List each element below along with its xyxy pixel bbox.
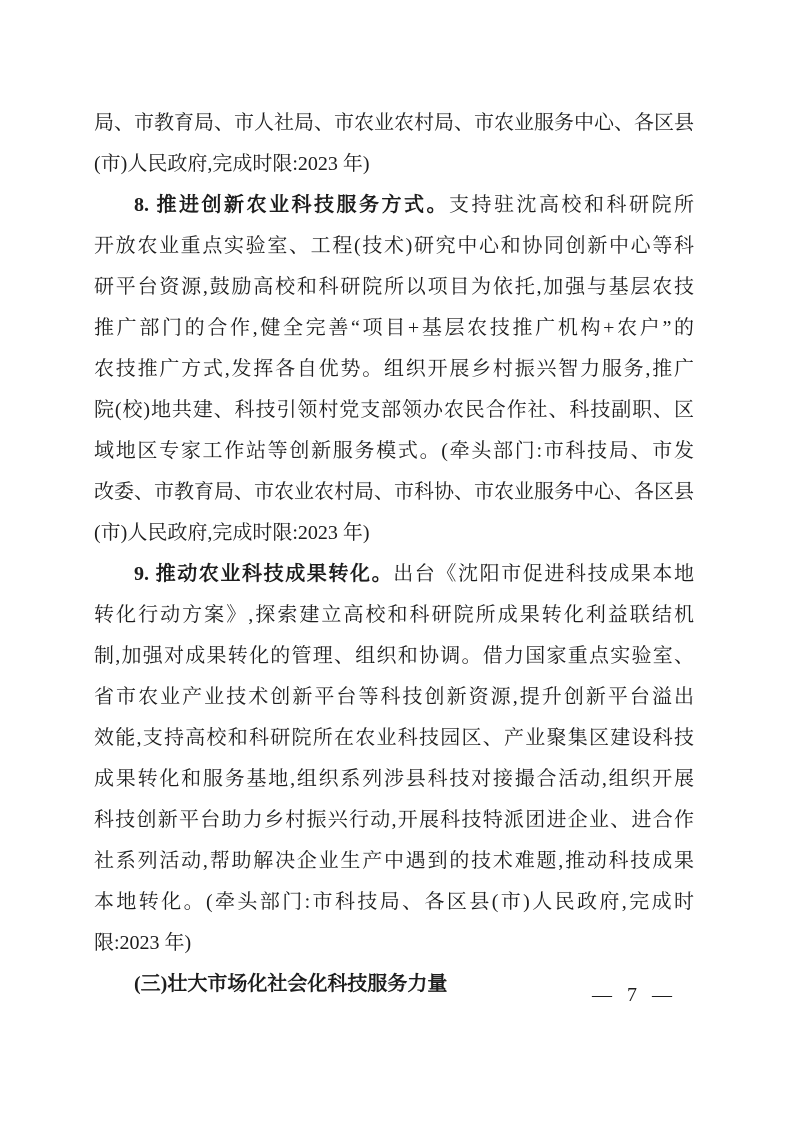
text-line: 院(校)地共建、科技引领村党支部领办农民合作社、科技副职、区: [94, 390, 694, 431]
text-line: 科技创新平台助力乡村振兴行动,开展科技特派团进企业、进合作: [94, 800, 694, 841]
text-line: 推广部门的合作,健全完善“项目+基层农技推广机构+农户”的: [94, 308, 694, 349]
text-line: 省市农业产业技术创新平台等科技创新资源,提升创新平台溢出: [94, 677, 694, 718]
item-number-heading: 9. 推动农业科技成果转化。: [134, 563, 393, 585]
text-line: 限:2023 年): [94, 923, 694, 964]
text-line: 效能,支持高校和科研院所在农业科技园区、产业聚集区建设科技: [94, 718, 694, 759]
text-line: 改委、市教育局、市农业农村局、市科协、市农业服务中心、各区县: [94, 472, 694, 513]
text-line: 域地区专家工作站等创新服务模式。(牵头部门:市科技局、市发: [94, 431, 694, 472]
page-number: — 7 —: [592, 983, 672, 1007]
text-line: (市)人民政府,完成时限:2023 年): [94, 513, 694, 554]
text-line: (市)人民政府,完成时限:2023 年): [94, 144, 694, 185]
document-page: 局、市教育局、市人社局、市农业农村局、市农业服务中心、各区县(市)人民政府,完成…: [0, 0, 793, 1122]
text-line: 制,加强对成果转化的管理、组织和协调。借力国家重点实验室、: [94, 636, 694, 677]
text-line: 成果转化和服务基地,组织系列涉县科技对接撮合活动,组织开展: [94, 759, 694, 800]
text-line: 开放农业重点实验室、工程(技术)研究中心和协同创新中心等科: [94, 226, 694, 267]
paragraph-start-line: 8. 推进创新农业科技服务方式。支持驻沈高校和科研院所: [94, 185, 694, 226]
text-run: 支持驻沈高校和科研院所: [449, 194, 694, 216]
item-number-heading: 8. 推进创新农业科技服务方式。: [134, 194, 449, 216]
text-line: 研平台资源,鼓励高校和科研院所以项目为依托,加强与基层农技: [94, 267, 694, 308]
paragraph-start-line: 9. 推动农业科技成果转化。出台《沈阳市促进科技成果本地: [94, 554, 694, 595]
document-body: 局、市教育局、市人社局、市农业农村局、市农业服务中心、各区县(市)人民政府,完成…: [94, 103, 694, 1005]
text-line: 农技推广方式,发挥各自优势。组织开展乡村振兴智力服务,推广: [94, 349, 694, 390]
text-line: 局、市教育局、市人社局、市农业农村局、市农业服务中心、各区县: [94, 103, 694, 144]
text-line: 转化行动方案》,探索建立高校和科研院所成果转化利益联结机: [94, 595, 694, 636]
text-line: 本地转化。(牵头部门:市科技局、各区县(市)人民政府,完成时: [94, 882, 694, 923]
text-line: 社系列活动,帮助解决企业生产中遇到的技术难题,推动科技成果: [94, 841, 694, 882]
text-run: 出台《沈阳市促进科技成果本地: [393, 563, 694, 585]
